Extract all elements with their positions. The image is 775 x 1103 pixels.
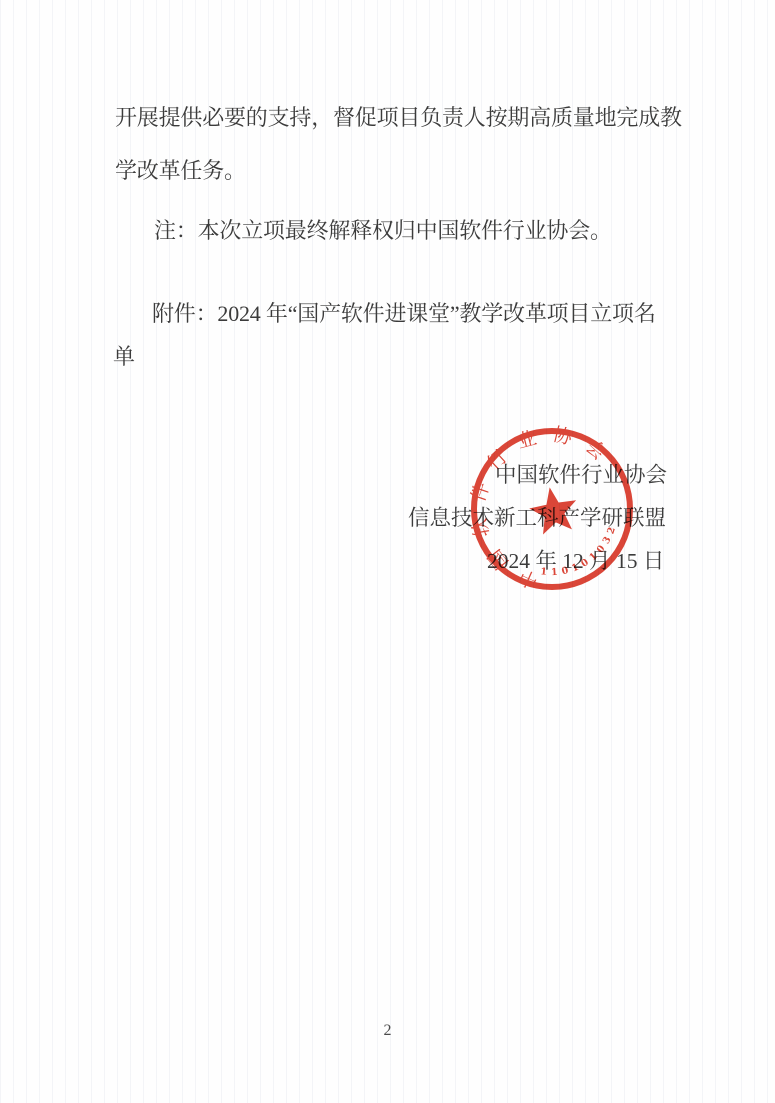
paragraph-line-2: 学改革任务。: [115, 156, 246, 186]
page-number: 2: [0, 1022, 775, 1040]
note-line: 注：本次立项最终解释权归中国软件行业协会。: [154, 216, 612, 246]
attachment-line-1: 附件：2024 年“国产软件进课堂”教学改革项目立项名: [152, 299, 656, 329]
attachment-line-2: 单: [113, 342, 135, 372]
document-page: 开展提供必要的支持，督促项目负责人按期高质量地完成教 学改革任务。 注：本次立项…: [0, 0, 775, 1103]
paragraph-line-1: 开展提供必要的支持，督促项目负责人按期高质量地完成教: [115, 103, 682, 133]
seal-graphic: 中国软件行业协会 11010103246: [467, 424, 637, 594]
seal-star-icon: [526, 483, 581, 536]
official-seal-stamp: 中国软件行业协会 11010103246: [467, 424, 637, 594]
